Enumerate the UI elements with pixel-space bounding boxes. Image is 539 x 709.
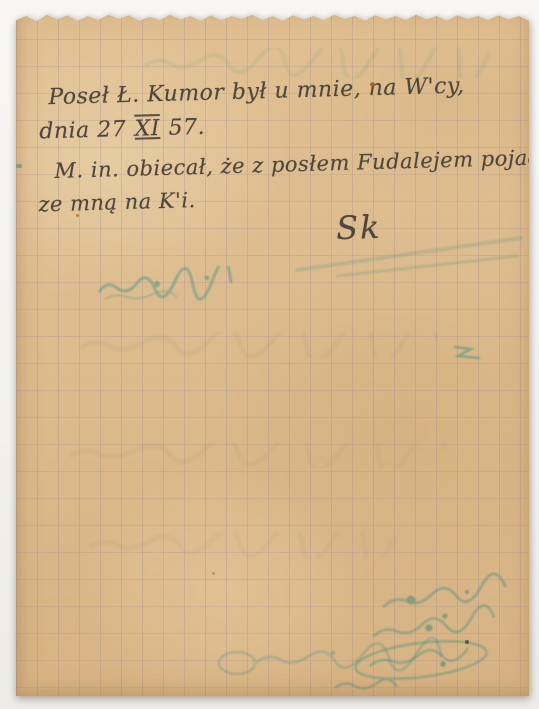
note-line-4: ze mną na K'i. — [38, 188, 196, 216]
paper-speck — [212, 572, 215, 575]
paper-speck — [370, 82, 375, 87]
note-line-2-suffix: 57. — [161, 115, 206, 141]
paper-speck — [76, 214, 79, 217]
paper-speck — [465, 640, 469, 644]
note-line-2: dnia 27 XI 57. — [39, 115, 205, 145]
note-date-roman-numeral: XI — [133, 116, 161, 142]
bleed-through-mark-stamp — [95, 266, 237, 308]
note-line-3: M. in. obiecał, że z posłem Fudalejem po… — [54, 145, 539, 183]
bleed-through-ghost-row-3 — [86, 532, 466, 558]
squared-paper-surface: Poseł Ł. Kumor był u mnie, na W'cy, dnia… — [16, 12, 529, 696]
bleed-speck — [16, 164, 22, 168]
scan-background: Poseł Ł. Kumor był u mnie, na W'cy, dnia… — [0, 0, 539, 709]
bleed-through-ghost-row-1 — [76, 332, 476, 358]
handwritten-note: Poseł Ł. Kumor był u mnie, na W'cy, dnia… — [16, 0, 529, 12]
bleed-through-mark-near-signature — [295, 230, 527, 280]
bleed-through-mark-bottom-right — [325, 572, 529, 700]
note-line-1: Poseł Ł. Kumor był u mnie, na W'cy, — [48, 74, 465, 111]
bleed-through-ghost-row-2 — [66, 442, 486, 468]
paper-sheet: Poseł Ł. Kumor był u mnie, na W'cy, dnia… — [16, 12, 529, 696]
bleed-through-mark-top — [140, 48, 530, 78]
note-line-2-prefix: dnia 27 — [39, 117, 134, 145]
